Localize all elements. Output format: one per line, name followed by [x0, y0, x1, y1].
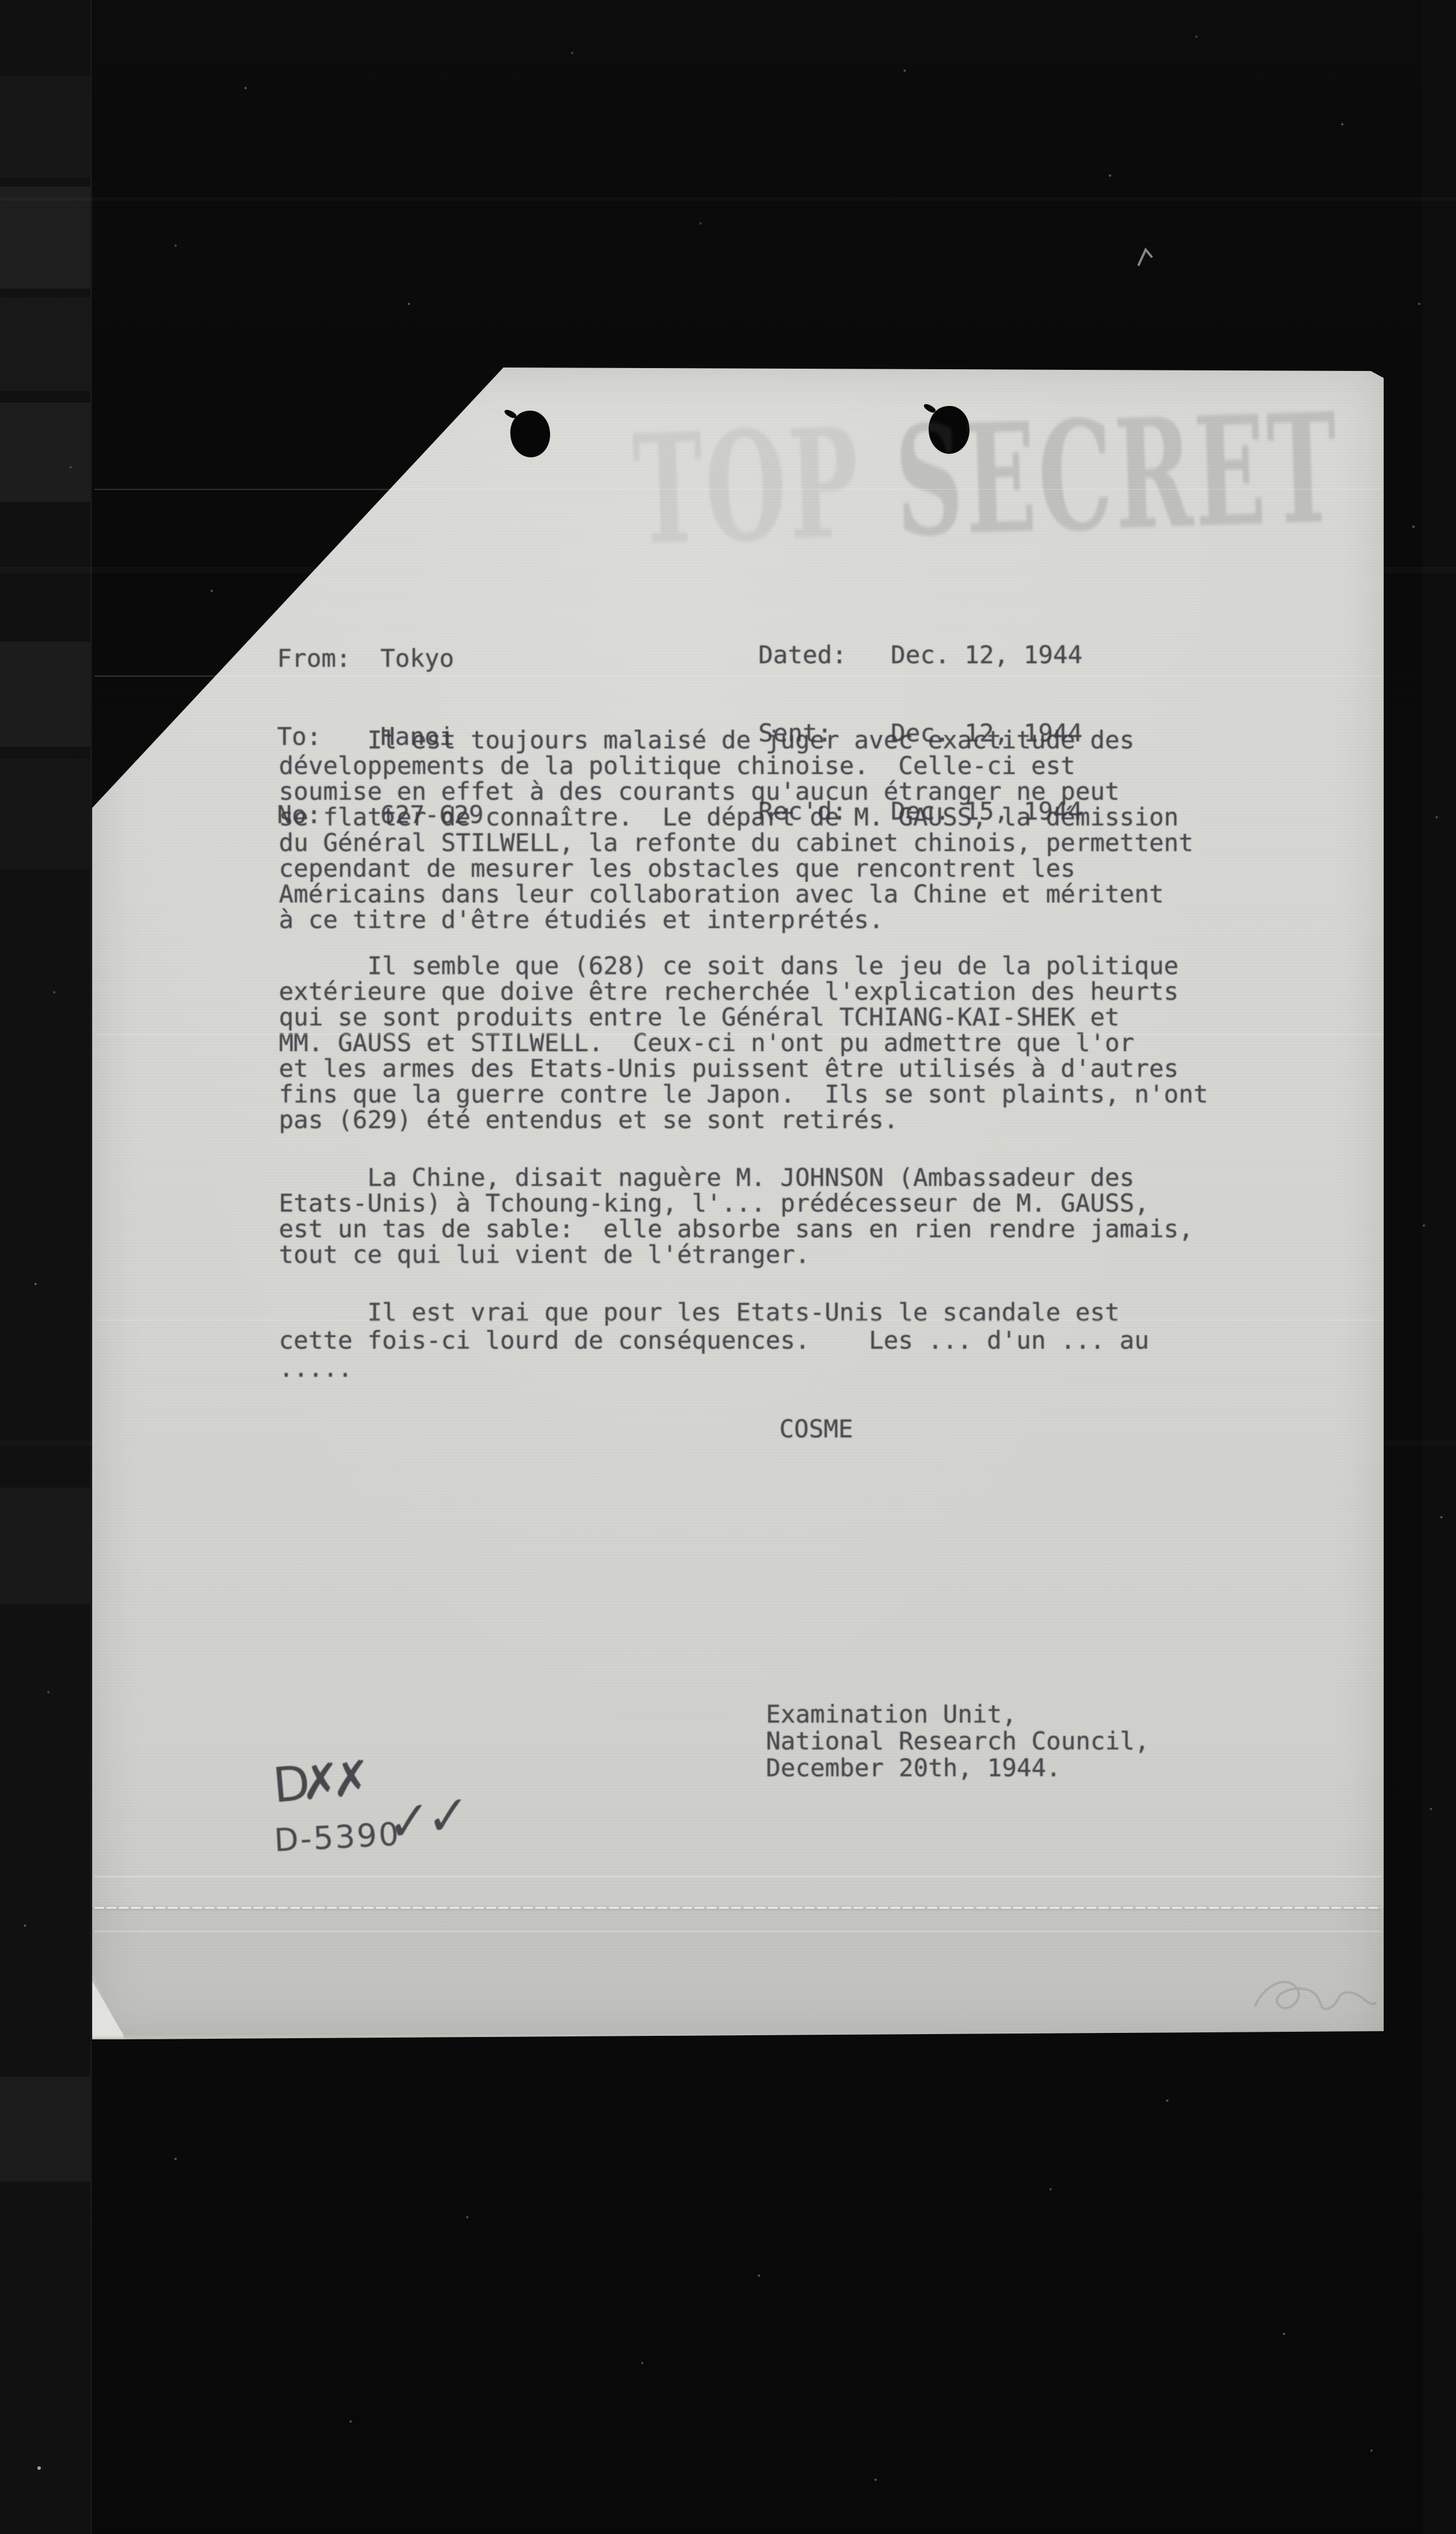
handwritten-checkmarks: ✓✓ [388, 1783, 466, 1854]
film-edge-divider [90, 0, 92, 2534]
paragraph-2: Il semble que (628) ce soit dans le jeu … [279, 953, 1329, 1133]
stamp-word-secret: SECRET [892, 380, 1342, 570]
film-artifact [0, 642, 90, 747]
from-label: From: [277, 645, 380, 672]
scan-right-edge [1422, 0, 1456, 2534]
scan-seam [0, 197, 1456, 201]
paragraph-1: Il est toujours malaisé de juger avec ex… [279, 727, 1329, 933]
signature-cosme: COSME [779, 1416, 853, 1442]
handwritten-file-number: D-5390 [273, 1815, 401, 1859]
handwritten-mark: D✗✗ [271, 1751, 364, 1814]
top-secret-stamp: TOP SECRET [631, 393, 1342, 566]
paper-bottom-shading [92, 1908, 1384, 2036]
film-artifact [0, 402, 90, 502]
scratch-mark [1136, 245, 1157, 268]
paragraph-4: Il est vrai que pour les Etats-Unis le s… [279, 1298, 1329, 1382]
scanned-document-page: TOP SECRET From:Tokyo To:Hanoi No:627-62… [0, 0, 1456, 2534]
film-artifact [0, 297, 90, 391]
routing-row-from: From:Tokyo [277, 645, 484, 672]
film-artifact [0, 187, 90, 289]
dated-value: Dec. 12, 1944 [891, 640, 1083, 669]
dated-label: Dated: [758, 642, 891, 668]
stamp-word-top: TOP [631, 395, 863, 579]
film-artifact [0, 758, 90, 869]
paragraph-3: La Chine, disait naguère M. JOHNSON (Amb… [279, 1165, 1329, 1268]
from-value: Tokyo [380, 644, 454, 673]
film-artifact [0, 1487, 90, 1604]
attribution-block: Examination Unit, National Research Coun… [766, 1701, 1149, 1781]
date-row-dated: Dated:Dec. 12, 1944 [758, 642, 1083, 668]
pencil-scribble [1248, 1965, 1382, 2029]
film-artifact [0, 2077, 90, 2182]
dust-specks [0, 0, 1, 1]
film-artifact [0, 76, 90, 178]
